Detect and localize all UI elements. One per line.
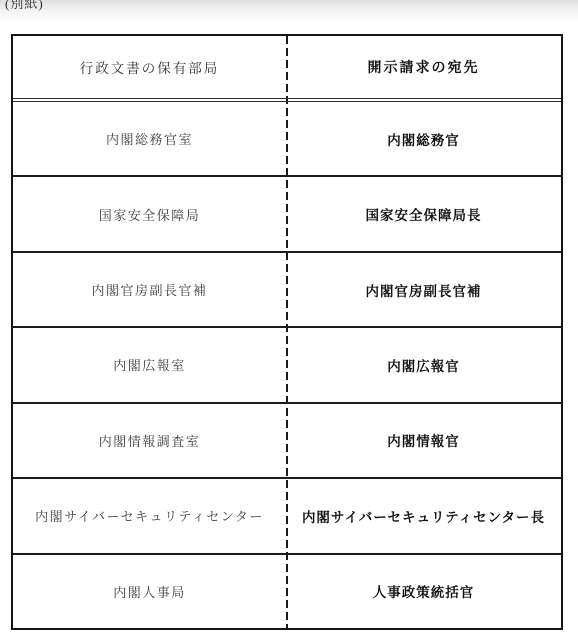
department-label: 内閣サイバーセキュリティセンター: [35, 506, 264, 525]
cell-department: 内閣総務官室: [13, 102, 286, 175]
table-header-row: 行政文書の保有部局 開示請求の宛先: [13, 36, 561, 102]
department-label: 内閣人事局: [113, 582, 186, 601]
scan-edge-gradient: [0, 0, 578, 22]
department-label: 内閣情報調査室: [99, 431, 201, 450]
department-label: 内閣広報室: [113, 355, 186, 374]
table-row: 内閣人事局 人事政策統括官: [13, 555, 561, 628]
header-addressee-label: 開示請求の宛先: [368, 57, 480, 77]
attachment-corner-label: (別紙): [5, 0, 44, 12]
addressee-label: 内閣総務官: [387, 129, 460, 149]
cell-addressee: 人事政策統括官: [286, 555, 561, 628]
cell-addressee: 内閣官房副長官補: [286, 253, 561, 326]
cell-department: 内閣情報調査室: [13, 404, 286, 477]
department-label: 内閣官房副長官補: [91, 280, 207, 299]
addressee-label: 国家安全保障局長: [366, 204, 482, 224]
cell-addressee: 国家安全保障局長: [286, 177, 561, 250]
department-label: 国家安全保障局: [99, 205, 201, 224]
cell-addressee: 内閣情報官: [286, 404, 561, 477]
addressee-label: 内閣サイバーセキュリティセンター長: [302, 506, 545, 526]
addressee-table: 行政文書の保有部局 開示請求の宛先 内閣総務官室 内閣総務官 国家安全保障局 国…: [11, 34, 563, 630]
addressee-label: 内閣官房副長官補: [366, 280, 482, 300]
cell-department: 内閣広報室: [13, 328, 286, 401]
cell-department: 内閣人事局: [13, 555, 286, 628]
addressee-label: 内閣情報官: [387, 430, 460, 450]
cell-addressee: 内閣広報官: [286, 328, 561, 401]
department-label: 内閣総務官室: [106, 129, 193, 148]
cell-department: 内閣官房副長官補: [13, 253, 286, 326]
header-department-label: 行政文書の保有部局: [80, 57, 220, 77]
table-row: 内閣広報室 内閣広報官: [13, 328, 561, 403]
document-page: (別紙) 行政文書の保有部局 開示請求の宛先 内閣総務官室 内閣総務官 国家安全…: [0, 0, 578, 640]
table-row: 内閣サイバーセキュリティセンター 内閣サイバーセキュリティセンター長: [13, 479, 561, 554]
header-cell-department: 行政文書の保有部局: [13, 36, 286, 98]
cell-addressee: 内閣総務官: [286, 102, 561, 175]
cell-department: 内閣サイバーセキュリティセンター: [13, 479, 286, 552]
cell-department: 国家安全保障局: [13, 177, 286, 250]
cell-addressee: 内閣サイバーセキュリティセンター長: [286, 479, 561, 552]
addressee-label: 内閣広報官: [387, 355, 460, 375]
table-row: 内閣官房副長官補 内閣官房副長官補: [13, 253, 561, 328]
table-row: 国家安全保障局 国家安全保障局長: [13, 177, 561, 252]
table-row: 内閣情報調査室 内閣情報官: [13, 404, 561, 479]
table-row: 内閣総務官室 内閣総務官: [13, 102, 561, 177]
addressee-label: 人事政策統括官: [373, 581, 475, 601]
header-cell-addressee: 開示請求の宛先: [286, 36, 561, 98]
